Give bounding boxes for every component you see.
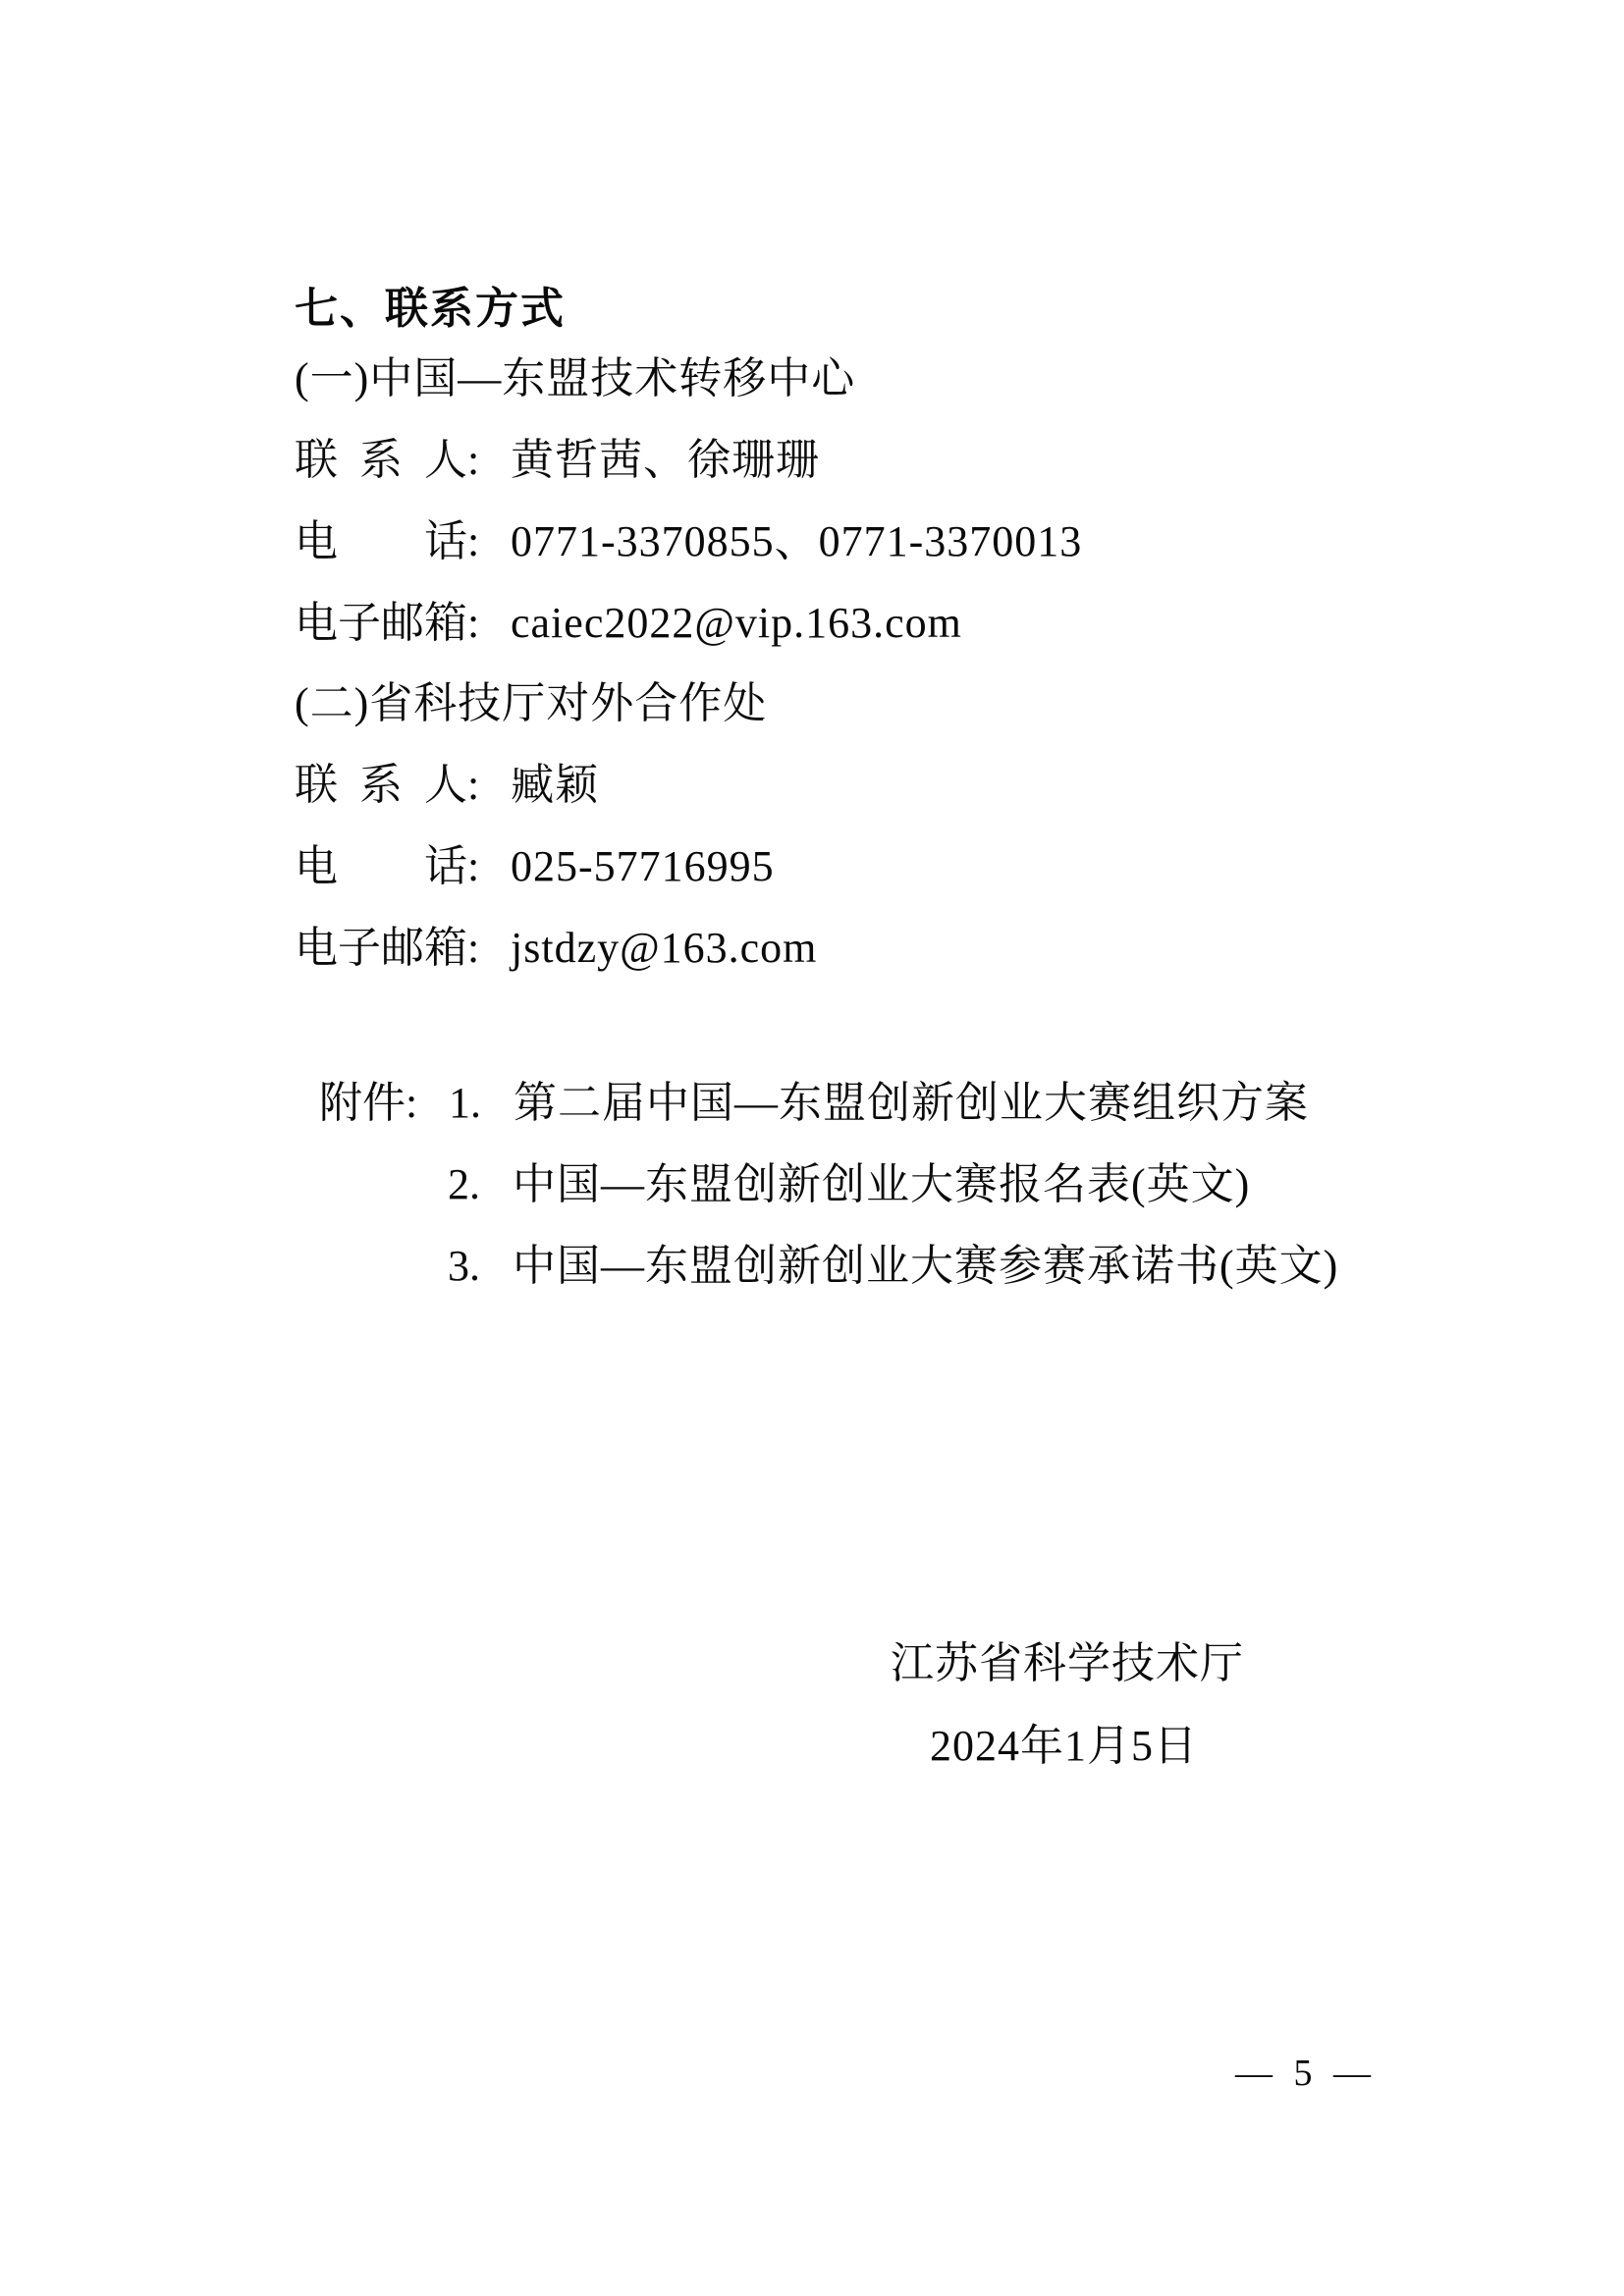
section-heading: 七、联系方式 bbox=[295, 286, 566, 333]
row-label: 电子邮箱 bbox=[295, 925, 467, 972]
attachment-list-item-1: 附件:1.第二届中国—东盟创新创业大赛组织方案 bbox=[319, 1080, 1309, 1127]
signature-date: 2024年1月5日 bbox=[930, 1723, 1198, 1770]
row-colon: : bbox=[467, 600, 511, 647]
signature-organization: 江苏省科学技术厅 bbox=[891, 1640, 1244, 1687]
attachment-title: 第二届中国—东盟创新创业大赛组织方案 bbox=[514, 1079, 1309, 1127]
row-label: 电子邮箱 bbox=[295, 600, 467, 647]
row-colon: : bbox=[467, 518, 511, 565]
document-page: 七、联系方式 (一)中国—东盟技术转移中心 联系人:黄哲茜、徐珊珊 电话:077… bbox=[0, 0, 1624, 2296]
row-colon: : bbox=[467, 762, 511, 809]
row-colon: : bbox=[467, 437, 511, 484]
attachment-title: 中国—东盟创新创业大赛报名表(英文) bbox=[513, 1160, 1250, 1208]
page-number: — 5 — bbox=[1235, 2054, 1373, 2095]
attachment-list-item-2: 2.中国—东盟创新创业大赛报名表(英文) bbox=[448, 1161, 1250, 1208]
contact-row-phone-2: 电话:025-57716995 bbox=[295, 843, 775, 890]
row-label: 电话 bbox=[295, 518, 467, 565]
row-value: caiec2022@vip.163.com bbox=[511, 599, 962, 647]
attachment-title: 中国—东盟创新创业大赛参赛承诺书(英文) bbox=[513, 1242, 1338, 1290]
row-label: 联系人 bbox=[295, 437, 467, 484]
row-value: 025-57716995 bbox=[511, 842, 775, 890]
contact-org-1-title: (一)中国—东盟技术转移中心 bbox=[295, 355, 855, 402]
row-value: 臧颖 bbox=[511, 761, 599, 809]
row-label: 联系人 bbox=[295, 762, 467, 809]
contact-org-2-title: (二)省科技厅对外合作处 bbox=[295, 680, 767, 727]
contact-row-email-2: 电子邮箱:jstdzy@163.com bbox=[295, 925, 817, 972]
attachment-number: 1. bbox=[449, 1080, 514, 1127]
attachments-colon: : bbox=[406, 1080, 449, 1127]
contact-row-person-1: 联系人:黄哲茜、徐珊珊 bbox=[295, 437, 820, 484]
attachment-number: 2. bbox=[448, 1161, 513, 1208]
contact-row-person-2: 联系人:臧颖 bbox=[295, 762, 599, 809]
row-value: 0771-3370855、0771-3370013 bbox=[511, 517, 1082, 565]
row-value: 黄哲茜、徐珊珊 bbox=[511, 436, 820, 484]
row-label: 电话 bbox=[295, 843, 467, 890]
row-value: jstdzy@163.com bbox=[511, 924, 817, 972]
contact-row-email-1: 电子邮箱:caiec2022@vip.163.com bbox=[295, 600, 962, 647]
row-colon: : bbox=[467, 925, 511, 972]
row-colon: : bbox=[467, 843, 511, 890]
attachment-list-item-3: 3.中国—东盟创新创业大赛参赛承诺书(英文) bbox=[448, 1243, 1338, 1290]
attachments-label: 附件 bbox=[319, 1080, 406, 1127]
contact-row-phone-1: 电话:0771-3370855、0771-3370013 bbox=[295, 518, 1082, 565]
attachment-number: 3. bbox=[448, 1243, 513, 1290]
